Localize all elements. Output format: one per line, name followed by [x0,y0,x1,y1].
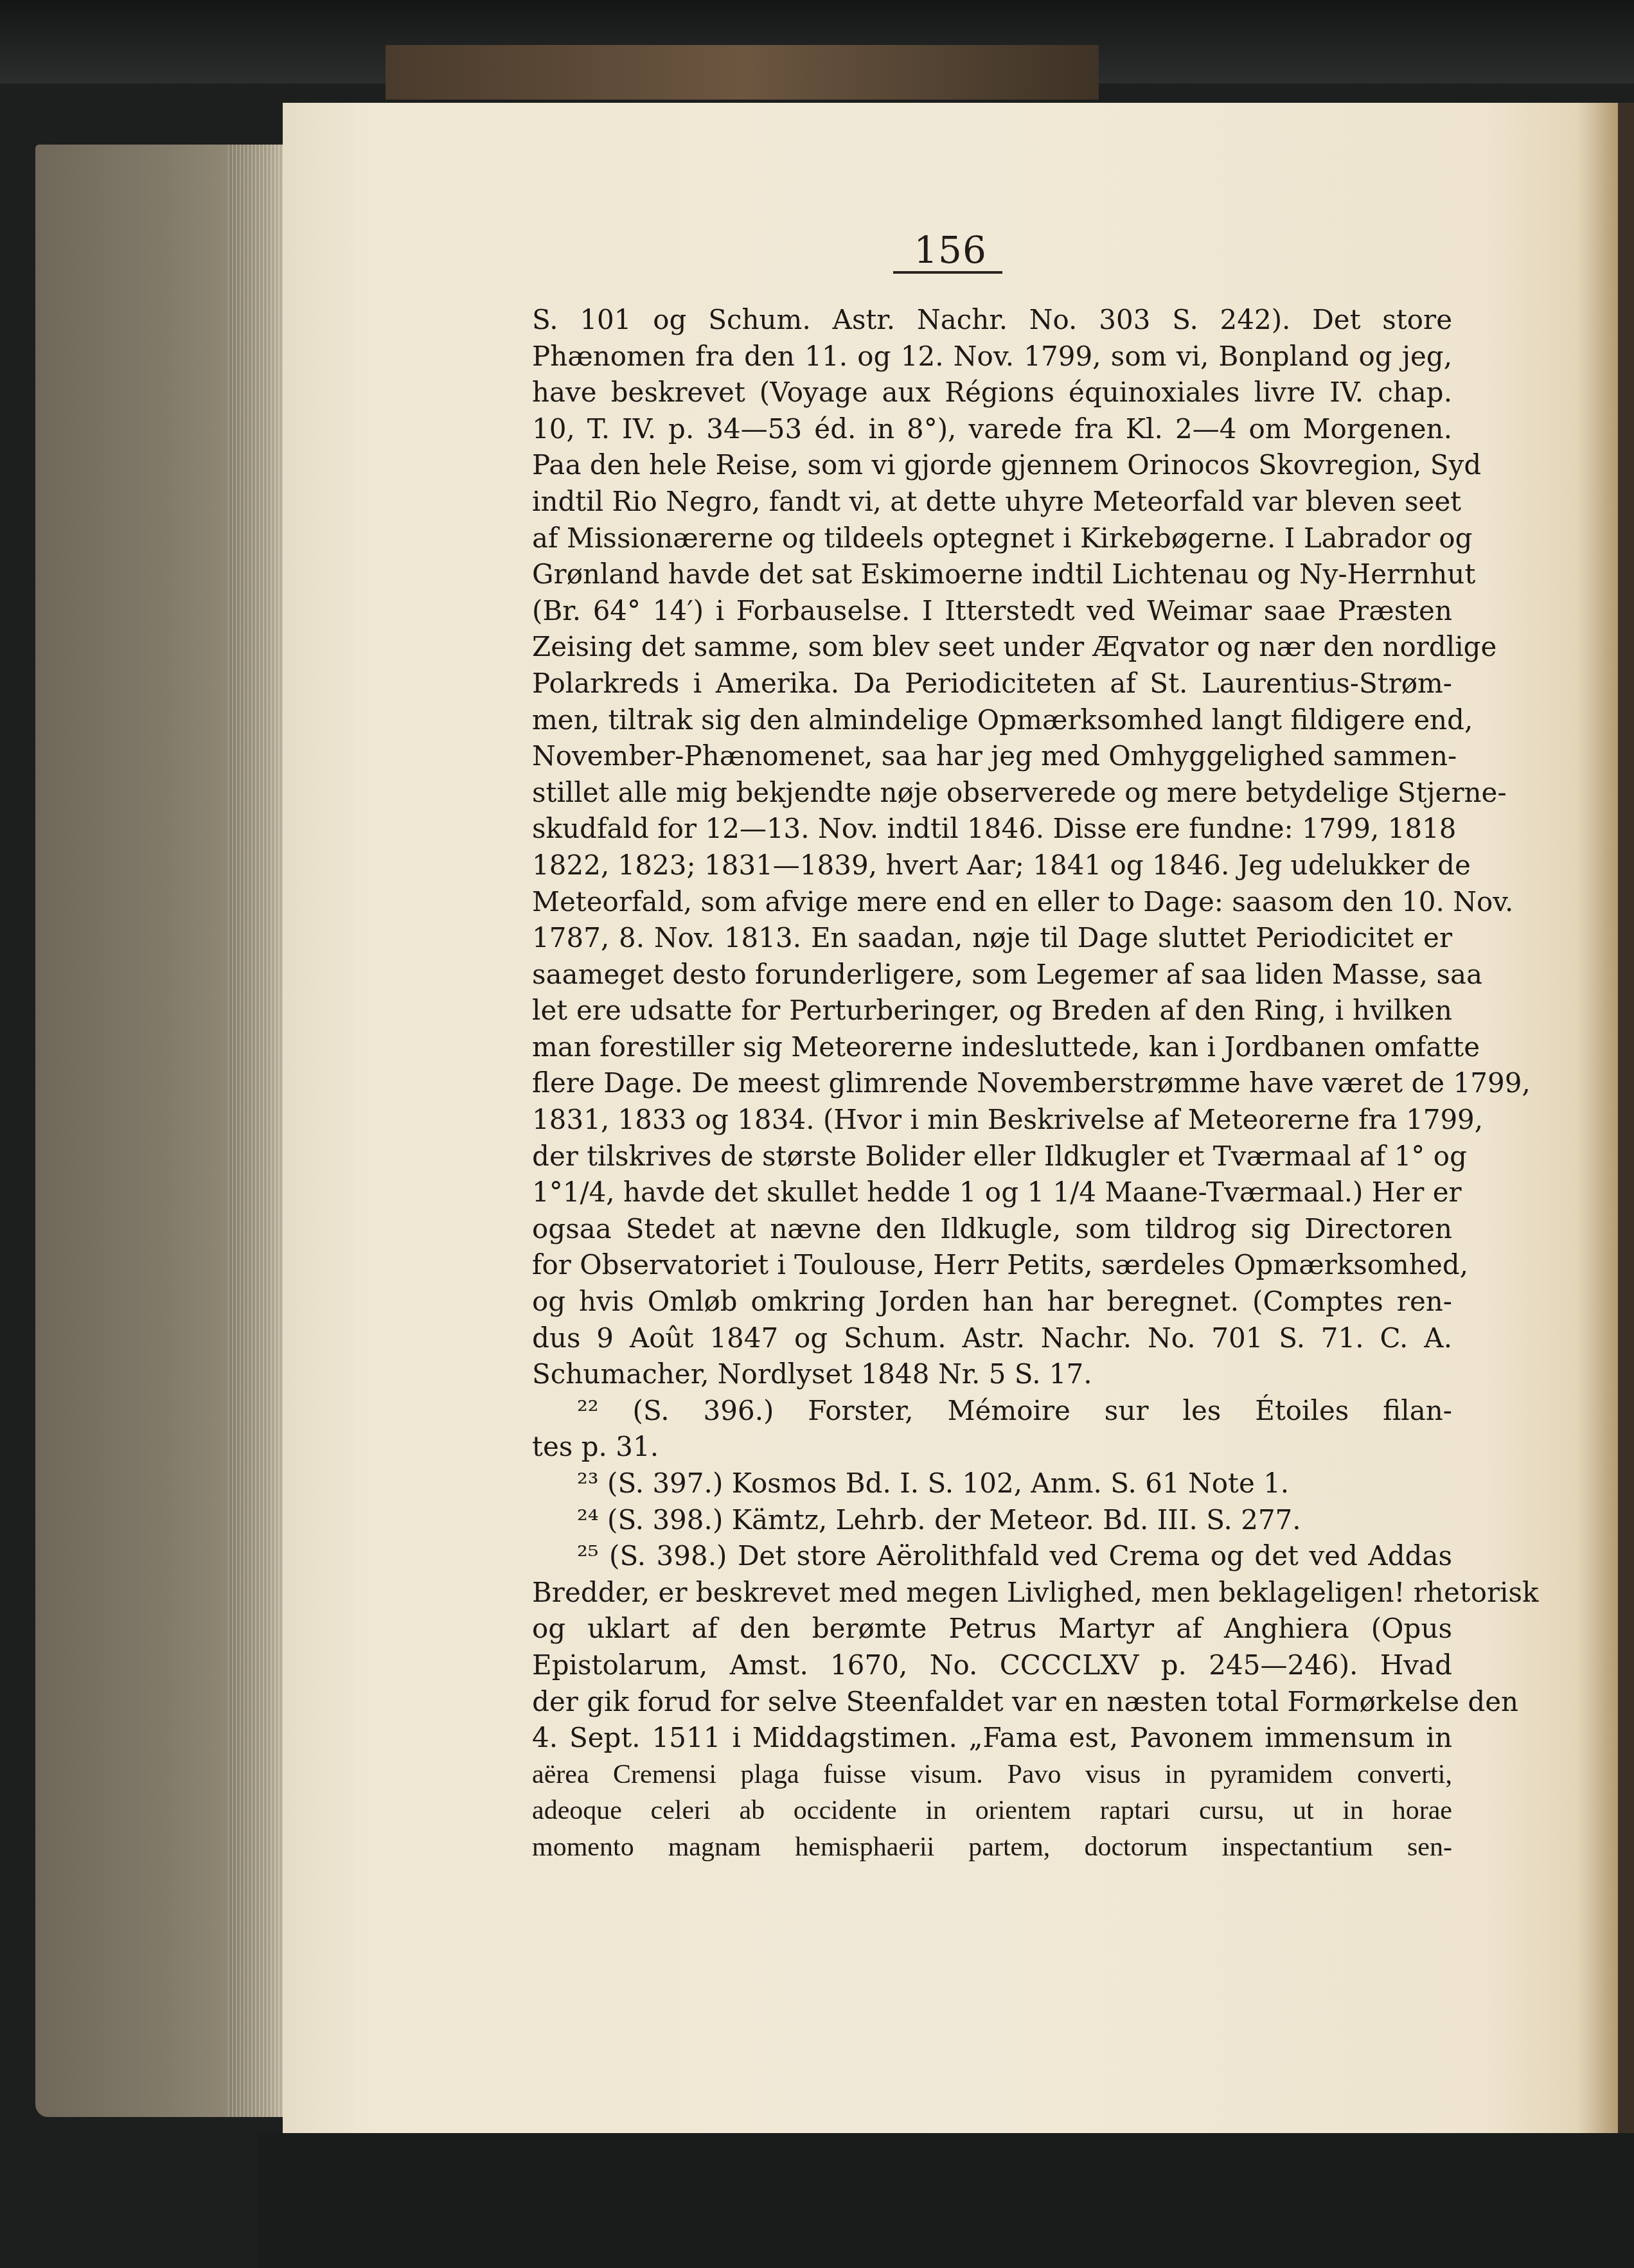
text-line: 10, T. IV. p. 34—53 éd. in 8°), varede f… [532,411,1452,448]
text-line: flere Dage. De meest glimrende Novembers… [532,1065,1452,1102]
page-number-wrap: 156 [283,228,1618,272]
text-line: November-Phænomenet, saa har jeg med Omh… [532,738,1452,775]
book-bottom-background [257,2133,1634,2268]
facing-page-edge [1618,103,1634,2159]
text-line: stillet alle mig bekjendte nøje observer… [532,775,1452,811]
text-line: let ere udsatte for Perturberinger, og B… [532,993,1452,1029]
footnote-25-line: der gik forud for selve Steenfaldet var … [532,1684,1452,1721]
footnote-25-line: og uklart af den berømte Petrus Martyr a… [532,1611,1452,1647]
text-line: dus 9 Août 1847 og Schum. Astr. Nachr. N… [532,1320,1452,1357]
text-line: og hvis Omløb omkring Jorden han har ber… [532,1284,1452,1320]
page-number: 156 [914,228,987,272]
text-line: ogsaa Stedet at nævne den Ildkugle, som … [532,1211,1452,1248]
page-edges-stack [35,145,286,2117]
text-line: 1822, 1823; 1831—1839, hvert Aar; 1841 o… [532,847,1452,884]
text-line: Meteorfald, som afvige mere end en eller… [532,884,1452,921]
book-page: 156 S. 101 og Schum. Astr. Nachr. No. 30… [283,103,1618,2133]
text-line: Grønland havde det sat Eskimoerne indtil… [532,556,1452,593]
text-line: Schumacher, Nordlyset 1848 Nr. 5 S. 17. [532,1356,1452,1393]
text-line: man forestiller sig Meteorerne indeslutt… [532,1029,1452,1066]
text-line: 1787, 8. Nov. 1813. En saadan, nøje til … [532,920,1452,957]
footnote-24: ²⁴ (S. 398.) Kämtz, Lehrb. der Meteor. B… [532,1502,1452,1539]
text-line: Polarkreds i Amerika. Da Periodiciteten … [532,666,1452,702]
text-line: Phænomen fra den 11. og 12. Nov. 1799, s… [532,339,1452,375]
footnote-22-line: ²² (S. 396.) Forster, Mémoire sur les Ét… [532,1393,1452,1430]
text-line: Paa den hele Reise, som vi gjorde gjenne… [532,447,1452,484]
text-line: af Missionærerne og tildeels optegnet i … [532,520,1452,557]
text-line: (Br. 64° 14′) i Forbauselse. I Ittersted… [532,593,1452,630]
text-line: saameget desto forunderligere, som Legem… [532,957,1452,993]
footnote-25-line: Bredder, er beskrevet med megen Livlighe… [532,1575,1452,1611]
text-line: men, tiltrak sig den almindelige Opmærks… [532,702,1452,739]
footnote-25-line: 4. Sept. 1511 i Middagstimen. „Fama est,… [532,1720,1452,1757]
text-line: 1831, 1833 og 1834. (Hvor i min Beskrive… [532,1102,1452,1138]
book-headband [386,45,1099,100]
text-line: for Observatoriet i Toulouse, Herr Petit… [532,1247,1452,1284]
body-text: S. 101 og Schum. Astr. Nachr. No. 303 S.… [532,302,1452,1866]
footnote-25-latin-line: aërea Cremensi plaga fuisse visum. Pavo … [532,1757,1452,1793]
footnote-22-line: tes p. 31. [532,1429,1452,1466]
text-line: indtil Rio Negro, fandt vi, at dette uhy… [532,484,1452,520]
text-line: S. 101 og Schum. Astr. Nachr. No. 303 S.… [532,302,1452,339]
footnote-23: ²³ (S. 397.) Kosmos Bd. I. S. 102, Anm. … [532,1466,1452,1502]
footnote-25-latin-line: momento magnam hemisphaerii partem, doct… [532,1829,1452,1866]
footnote-25-line: Epistolarum, Amst. 1670, No. CCCCLXV p. … [532,1647,1452,1684]
text-line: have beskrevet (Voyage aux Régions équin… [532,375,1452,411]
text-line: 1°1/4, havde det skullet hedde 1 og 1 1/… [532,1174,1452,1211]
text-line: skudfald for 12—13. Nov. indtil 1846. Di… [532,811,1452,847]
page-number-rule [893,271,1002,274]
footnote-25-latin-line: adeoque celeri ab occidente in orientem … [532,1793,1452,1829]
text-line: der tilskrives de største Bolider eller … [532,1138,1452,1175]
footnote-25-line: ²⁵ (S. 398.) Det store Aërolithfald ved … [532,1538,1452,1575]
text-line: Zeising det samme, som blev seet under Æ… [532,629,1452,666]
